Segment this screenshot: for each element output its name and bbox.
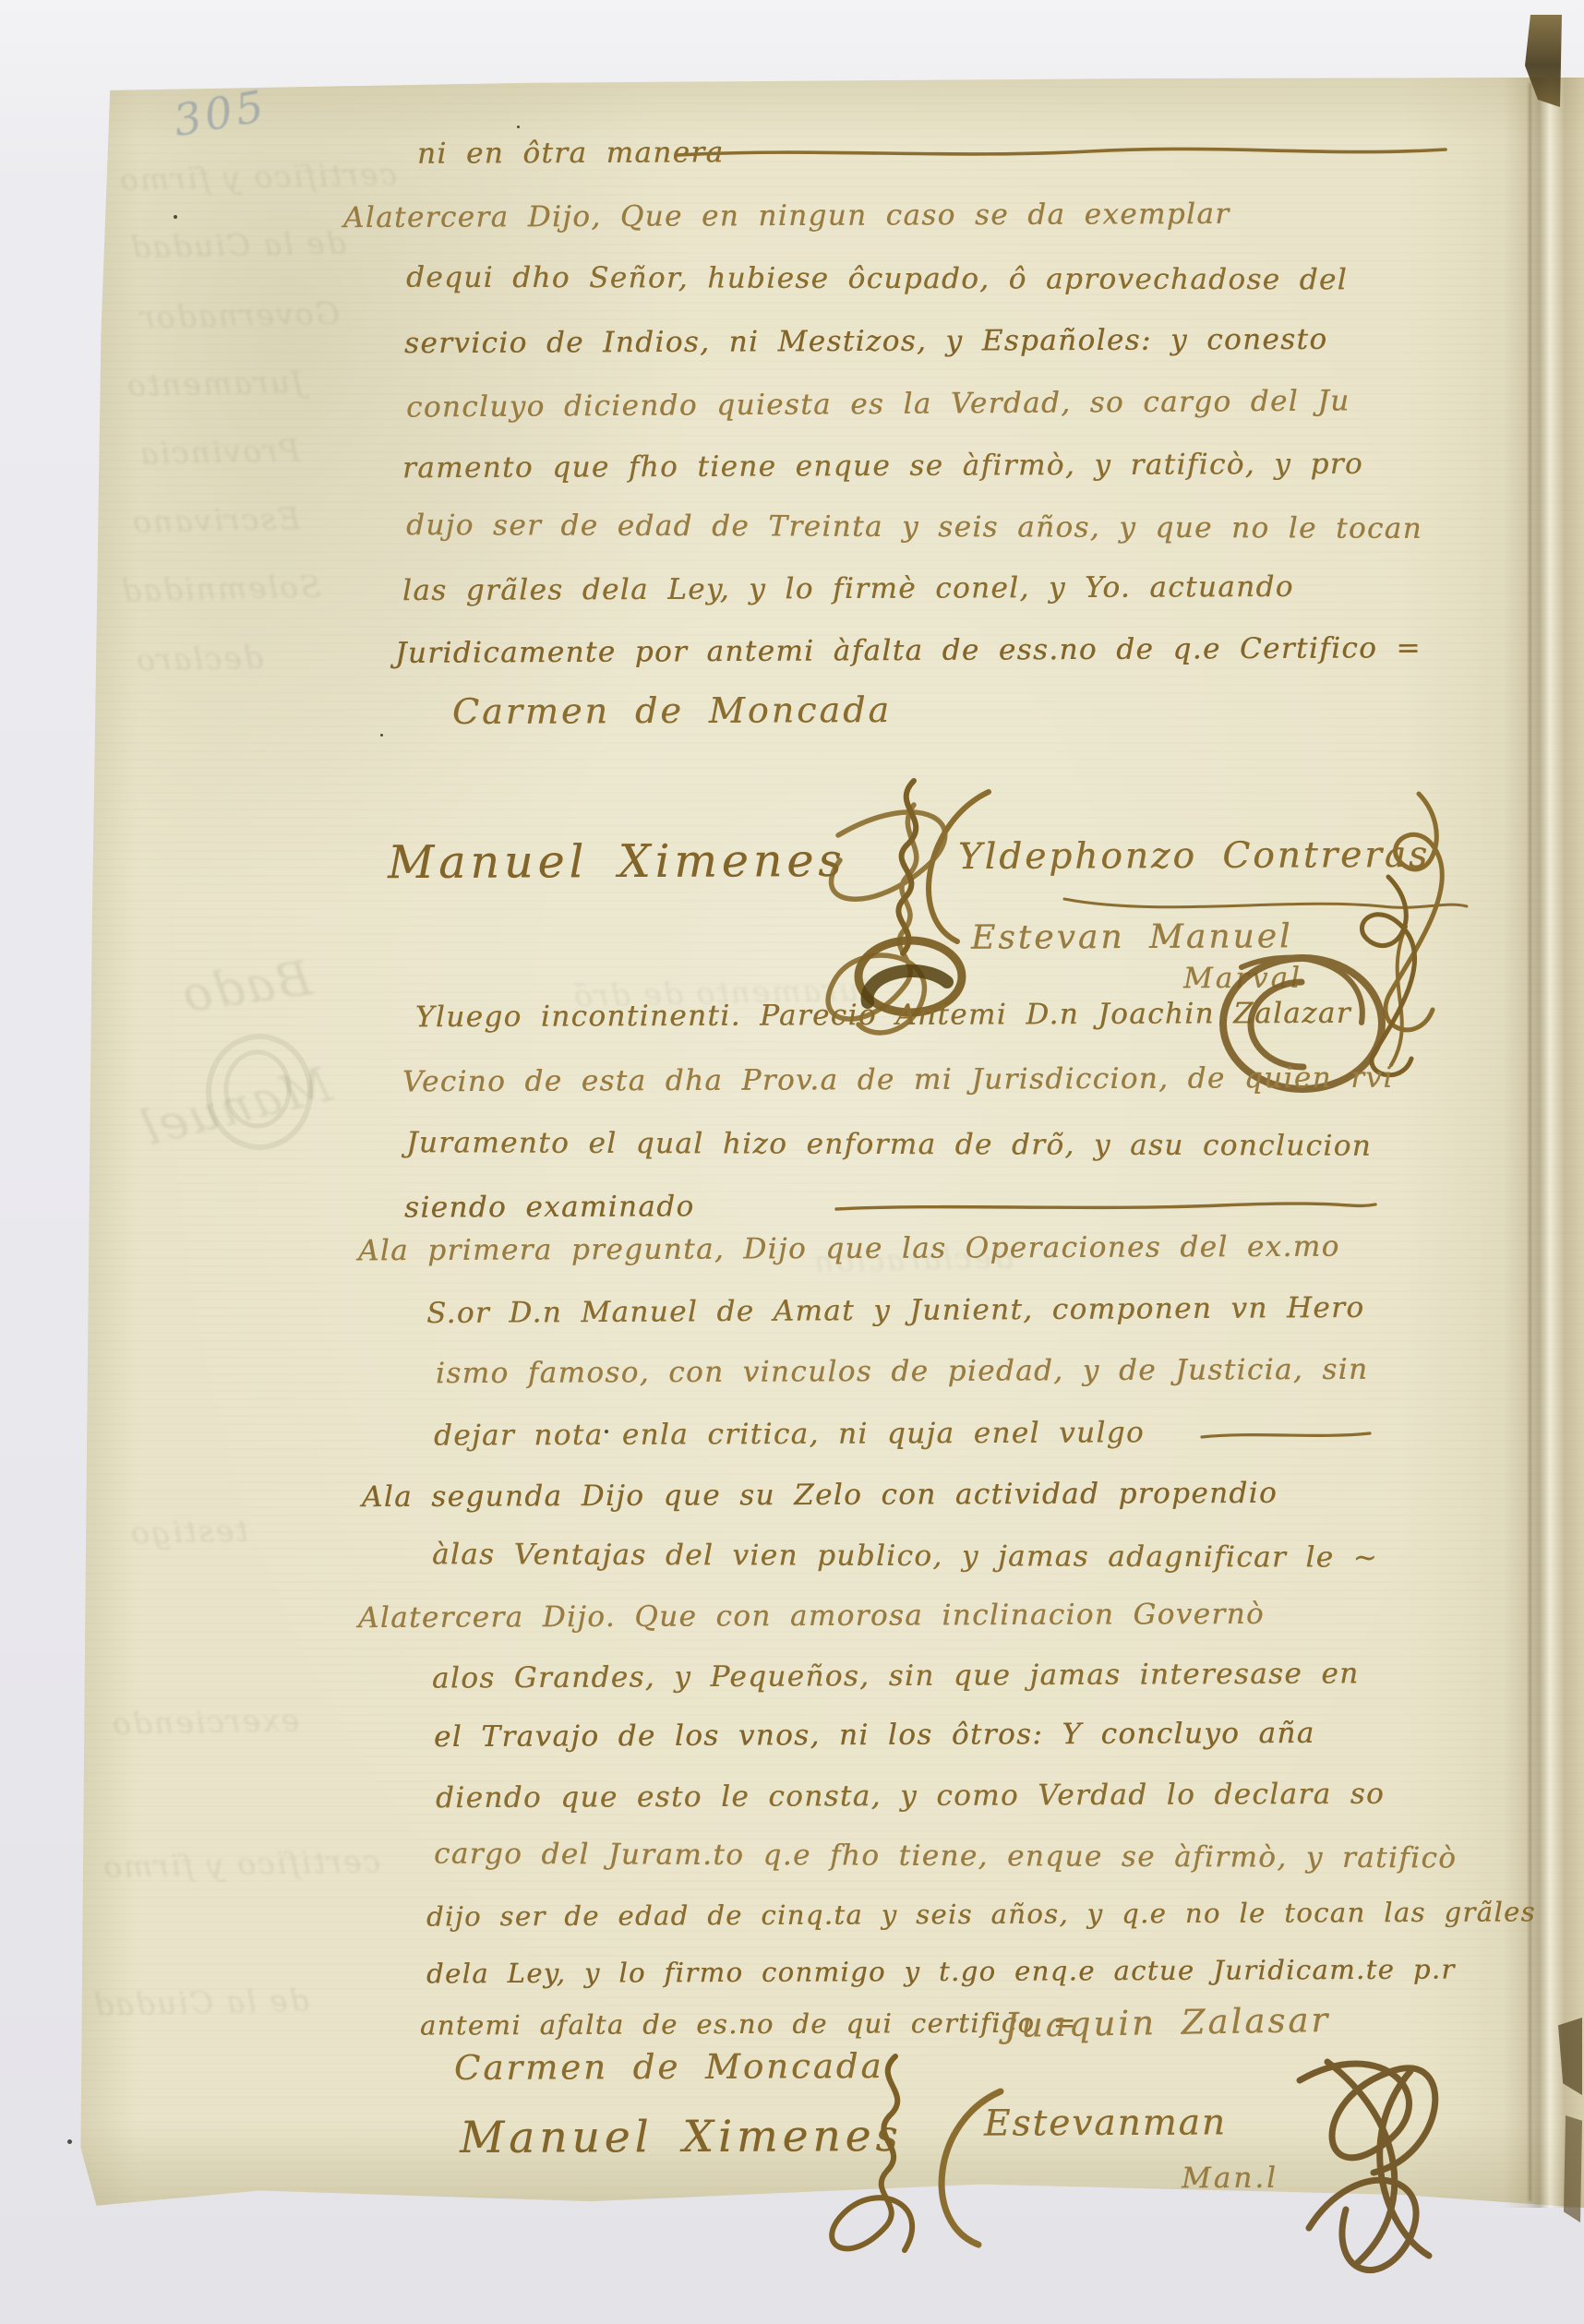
bleedthrough-text: de la Ciudad — [129, 225, 347, 266]
manuscript-line: antemi afalta de es.no de qui certifico … — [420, 2007, 1077, 2041]
signature-rubric-crosshatch — [1270, 2042, 1459, 2281]
signature-rubric-zalazar — [1184, 938, 1420, 1131]
binding-tab-bottom-2 — [1564, 2115, 1582, 2222]
manuscript-line: diendo que esto le consta, y como Verdad… — [436, 1778, 1385, 1815]
page-crease-line — [1529, 83, 1531, 2201]
flourish-rule — [833, 1196, 1379, 1216]
manuscript-line: Vecino de esta dha Prov.a de mi Jurisdic… — [402, 1061, 1394, 1099]
manuscript-line: dequi dho Señor, hubiese ôcupado, ô apro… — [406, 261, 1348, 297]
manuscript-line: Alatercera Dijo. Que con amorosa inclina… — [358, 1598, 1265, 1635]
bleedthrough-text: Governador — [138, 295, 341, 336]
signature-initial-flourish-estevan — [912, 2073, 1015, 2263]
manuscript-line: el Travajo de los vnos, ni los ôtros: Y … — [434, 1717, 1315, 1754]
bleedthrough-text: de la Ciudad — [92, 1983, 310, 2023]
signature-manuel-ximenes: Manuel Ximenes — [388, 834, 846, 889]
bleedthrough-text: Provincia — [138, 432, 301, 472]
manuscript-line: S.or D.n Manuel de Amat y Junient, compo… — [426, 1291, 1365, 1330]
manuscript-line: las grãles dela Ley, y lo firmè conel, y… — [402, 570, 1294, 607]
manuscript-line: cargo del Juram.to q.e fho tiene, enque … — [434, 1838, 1457, 1875]
bleedthrough-text: exerciendo — [111, 1702, 300, 1742]
ink-speck — [517, 126, 520, 128]
signature-carmen-de-moncada: Carmen de Moncada — [452, 689, 892, 732]
manuscript-line: Juridicamente por antemi àfalta de ess.n… — [395, 631, 1422, 670]
page-fold-gutter — [1503, 78, 1584, 2208]
bleedthrough-text: Juramento — [126, 364, 305, 403]
bleedthrough-swirl — [199, 1023, 319, 1165]
flourish-rule — [1198, 1426, 1374, 1444]
manuscript-scene: 305 certifico y firmo de la Ciudad Gover… — [0, 0, 1584, 2324]
bleedthrough-text: testigo — [129, 1513, 248, 1551]
ink-speck — [67, 2139, 72, 2144]
ink-speck — [380, 734, 383, 737]
manuscript-line: Alatercera Dijo, Que en ningun caso se d… — [343, 198, 1230, 234]
manuscript-line: alos Grandes, y Pequeños, sin que jamas … — [432, 1657, 1360, 1695]
ink-speck — [174, 215, 177, 219]
manuscript-line: dujo ser de edad de Treinta y seis años,… — [406, 509, 1422, 545]
signature-manl: Man.l — [1182, 2162, 1278, 2195]
flourish-rule — [674, 140, 1449, 164]
bleedthrough-text: certifico y firmo — [102, 1843, 381, 1885]
bleedthrough-text: declaro — [135, 640, 264, 678]
manuscript-line: dijo ser de edad de cinq.ta y seis años,… — [426, 1896, 1536, 1932]
manuscript-line: siendo examinado — [404, 1190, 695, 1224]
manuscript-line: Ala primera pregunta, Dijo que las Opera… — [358, 1230, 1340, 1268]
signature-juaquin-zalasar: Juaquin Zalasar — [1004, 2000, 1331, 2045]
manuscript-line: Ala segunda Dijo que su Zelo con activid… — [362, 1477, 1278, 1514]
manuscript-line: concluyo diciendo quiesta es la Verdad, … — [406, 384, 1350, 424]
manuscript-line: ismo famoso, con vinculos de piedad, y d… — [436, 1353, 1368, 1390]
manuscript-line: dejar nota enla critica, ni quja enel vu… — [434, 1416, 1145, 1452]
manuscript-line: servicio de Indios, ni Mestizos, y Españ… — [404, 323, 1328, 360]
bleedthrough-text: Solemnidad — [120, 569, 321, 609]
bleedthrough-text: Escrivano — [131, 500, 301, 540]
manuscript-line: àlas Ventajas del vien publico, y jamas … — [432, 1538, 1378, 1575]
manuscript-line: ramento que fho tiene enque se àfirmò, y… — [402, 448, 1363, 485]
manuscript-line: Juramento el qual hizo enforma de drõ, y… — [406, 1126, 1372, 1163]
bleedthrough-text: certifico y firmo — [118, 156, 398, 198]
signature-estevanman: Estevanman — [984, 2102, 1227, 2144]
manuscript-line: dela Ley, y lo firmo conmigo y t.go enq.… — [426, 1954, 1456, 1990]
